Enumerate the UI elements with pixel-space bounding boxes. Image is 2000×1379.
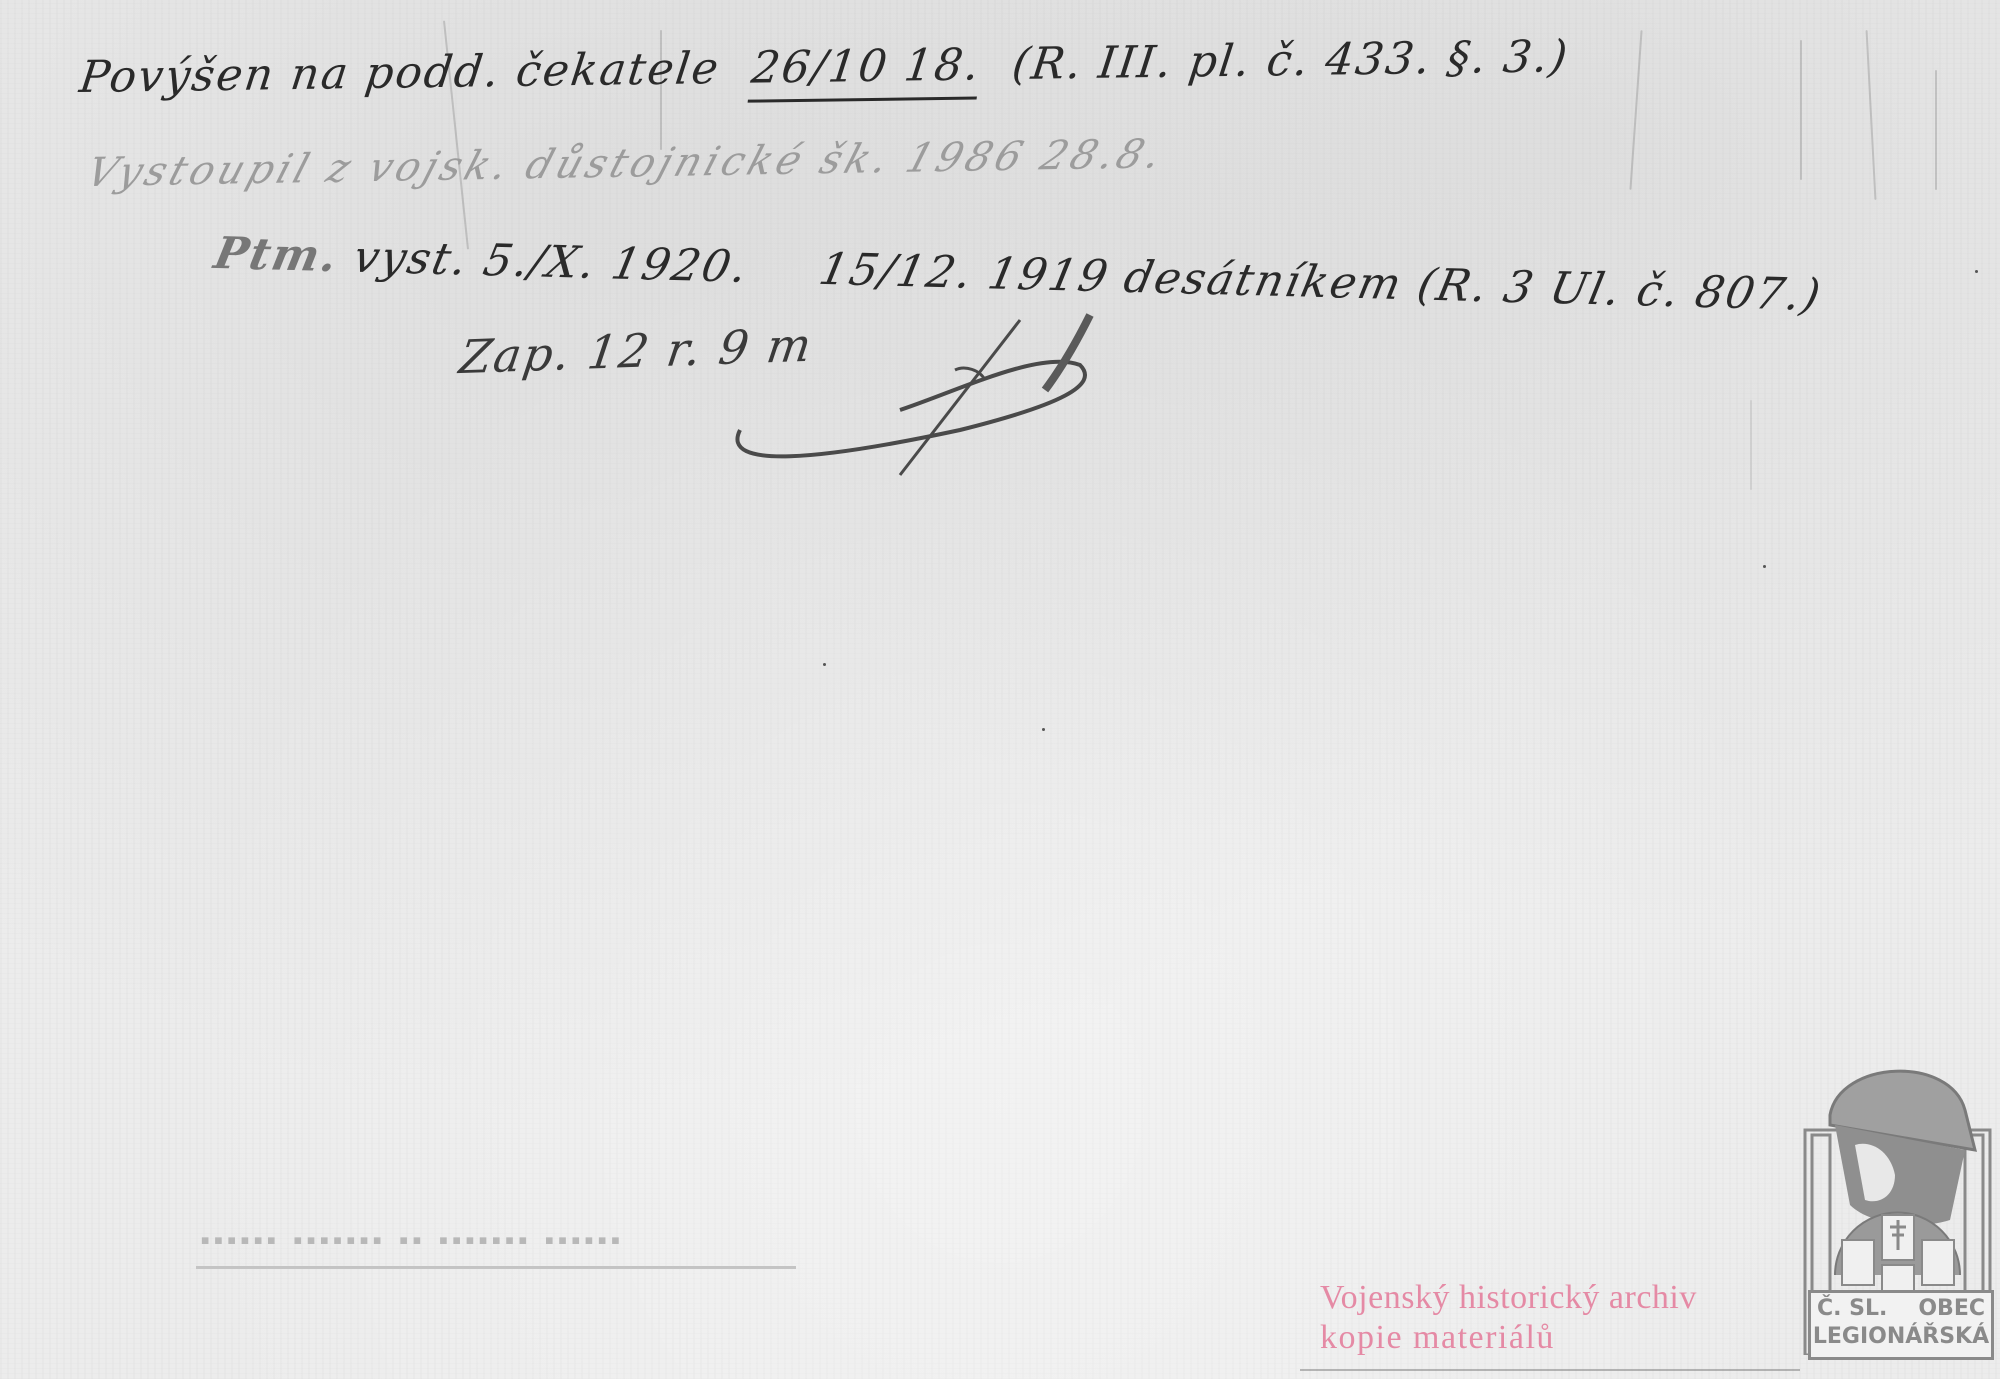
faint-printed-footer: ▪▪▪▪▪▪ ▪▪▪▪▪▪▪ ▪▪ ▪▪▪▪▪▪▪ ▪▪▪▪▪▪ [200,1230,790,1250]
emblem-label-bottom: LEGIONÁŘSKÁ [1811,1323,1991,1351]
emblem-label: Č. SL. OBEC LEGIONÁŘSKÁ [1808,1290,1994,1360]
promotion-date: 26/10 18. [747,39,983,102]
stamp-underline [1300,1369,1800,1371]
paper-speck [823,663,826,666]
struck-abbreviation: Ptm. [210,228,344,282]
paper-streak [1629,30,1642,190]
corporal-word: desátníkem [1120,252,1408,310]
corporal-reference: (R. 3 Ul. č. 807.) [1413,260,1826,321]
signature-flourish-icon [700,310,1120,480]
discharge-text: vyst. 5./X. 1920. [349,232,753,293]
footer-rule [196,1266,796,1269]
stamp-line-archive: Vojenský historický archiv [1320,1278,1697,1318]
emblem-label-left: Č. SL. [1817,1295,1887,1323]
paper-streak [1866,30,1877,200]
scanned-paper-background [0,0,2000,1379]
paper-streak [1800,40,1802,180]
stamp-line-copy: kopie materiálů [1320,1318,1697,1358]
paper-speck [1975,270,1978,273]
promotion-text: Povýšen na podd. čekatele [77,43,723,103]
paper-streak [1935,70,1937,190]
archive-stamp: Vojenský historický archiv kopie materiá… [1320,1278,1697,1358]
corporal-date: 15/12. 1919 [815,244,1114,302]
emblem-label-right: OBEC [1918,1295,1985,1323]
paper-speck [1042,728,1045,731]
paper-speck [1763,565,1766,568]
paper-streak [1750,400,1752,490]
promotion-reference: (R. III. pl. č. 433. §. 3.) [1009,31,1572,90]
